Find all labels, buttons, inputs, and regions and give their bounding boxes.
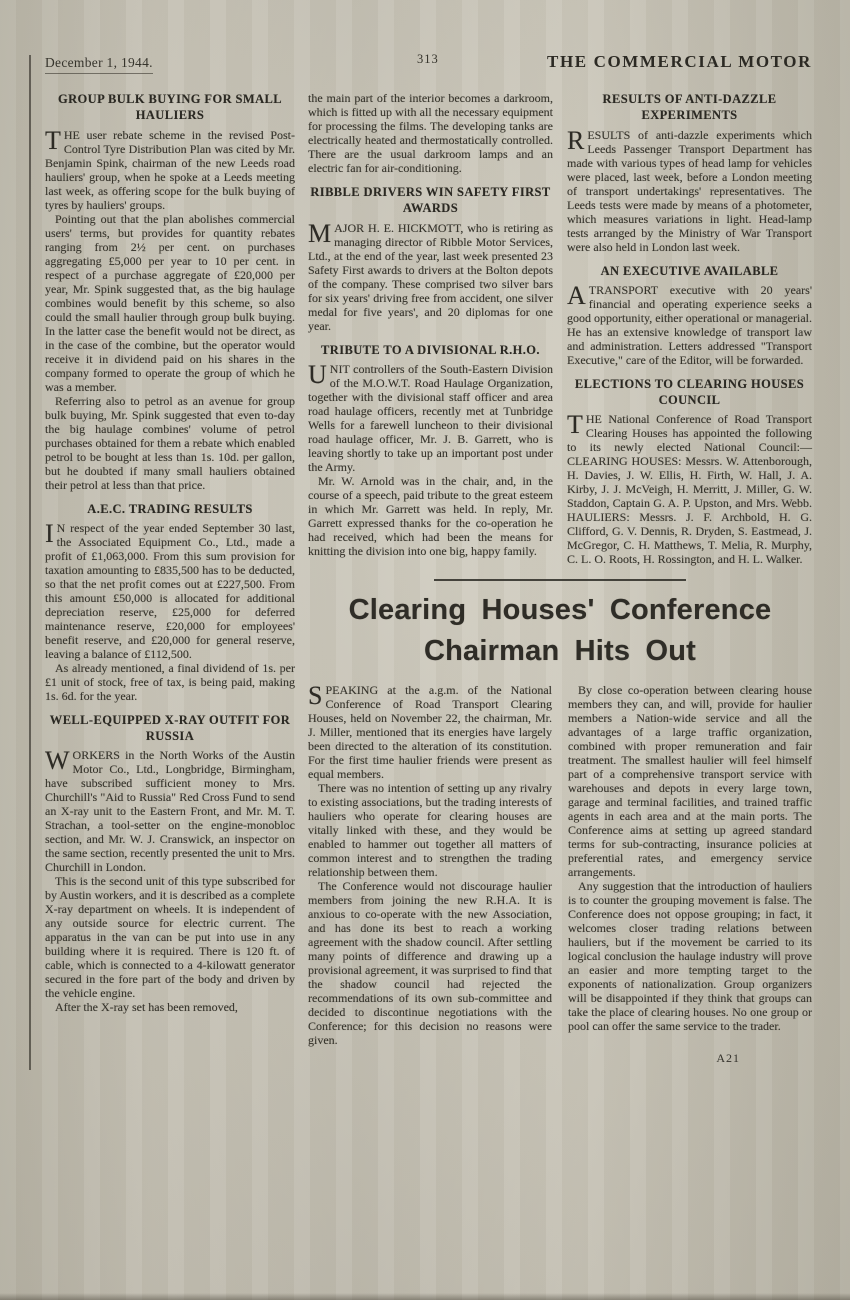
lead-paragraph: THE National Conference of Road Transpor… xyxy=(567,412,812,566)
page-signature-mark: A21 xyxy=(568,1051,812,1066)
continuation-paragraph: the main part of the interior becomes a … xyxy=(308,91,553,175)
left-border-line xyxy=(29,55,31,1070)
paragraph-text: AJOR H. E. HICKMOTT, who is retiring as … xyxy=(308,221,553,333)
drop-cap: S xyxy=(308,683,325,708)
paragraph-text: ESULTS of anti-dazzle experiments which … xyxy=(567,128,812,254)
page-content: GROUP BULK BUYING FOR SMALL HAULIERS THE… xyxy=(45,91,812,1066)
paragraph: After the X-ray set has been removed, xyxy=(45,1000,295,1014)
page-number: 313 xyxy=(417,52,439,67)
issue-date: December 1, 1944. xyxy=(45,55,153,74)
paragraph: Mr. W. Arnold was in the chair, and, in … xyxy=(308,474,553,558)
lead-paragraph: WORKERS in the North Works of the Austin… xyxy=(45,748,295,874)
drop-cap: R xyxy=(567,128,587,153)
headline-line-1: Clearing Houses' Conference xyxy=(349,594,772,626)
feature-columns: SPEAKING at the a.g.m. of the National C… xyxy=(308,683,812,1066)
paragraph: As already mentioned, a final dividend o… xyxy=(45,661,295,703)
article-title: A.E.C. TRADING RESULTS xyxy=(45,501,295,517)
paragraph-text: ORKERS in the North Works of the Austin … xyxy=(45,748,295,874)
paragraph: Pointing out that the plan abolishes com… xyxy=(45,212,295,394)
drop-cap: I xyxy=(45,521,57,546)
article-title: AN EXECUTIVE AVAILABLE xyxy=(567,263,812,279)
article-aec-trading-results: A.E.C. TRADING RESULTS IN respect of the… xyxy=(45,501,295,703)
feature-headline: Clearing Houses' ConferenceChairman Hits… xyxy=(308,590,812,671)
paragraph: Any suggestion that the introduction of … xyxy=(568,879,812,1033)
paragraph-text: HE National Conference of Road Transport… xyxy=(567,412,812,566)
article-anti-dazzle-experiments: RESULTS OF ANTI-DAZZLE EXPERIMENTS RESUL… xyxy=(567,91,812,254)
paragraph-text: PEAKING at the a.g.m. of the National Co… xyxy=(308,683,552,781)
article-title: ELECTIONS TO CLEARING HOUSES COUNCIL xyxy=(567,376,812,409)
article-title: WELL-EQUIPPED X-RAY OUTFIT FOR RUSSIA xyxy=(45,712,295,745)
top-columns: the main part of the interior becomes a … xyxy=(308,91,812,566)
paragraph: This is the second unit of this type sub… xyxy=(45,874,295,1000)
article-group-bulk-buying: GROUP BULK BUYING FOR SMALL HAULIERS THE… xyxy=(45,91,295,492)
right-region: the main part of the interior becomes a … xyxy=(308,91,812,1066)
lead-paragraph: UNIT controllers of the South-Eastern Di… xyxy=(308,362,553,474)
article-tribute-divisional-rho: TRIBUTE TO A DIVISIONAL R.H.O. UNIT cont… xyxy=(308,342,553,558)
drop-cap: U xyxy=(308,362,330,387)
lead-paragraph: SPEAKING at the a.g.m. of the National C… xyxy=(308,683,552,781)
magazine-page: December 1, 1944. 313 THE COMMERCIAL MOT… xyxy=(0,0,850,1300)
article-clearing-houses-elections: ELECTIONS TO CLEARING HOUSES COUNCIL THE… xyxy=(567,376,812,567)
lead-paragraph: IN respect of the year ended September 3… xyxy=(45,521,295,661)
lead-paragraph: RESULTS of anti-dazzle experiments which… xyxy=(567,128,812,254)
article-executive-available: AN EXECUTIVE AVAILABLE ATRANSPORT execut… xyxy=(567,263,812,367)
lead-paragraph: MAJOR H. E. HICKMOTT, who is retiring as… xyxy=(308,221,553,333)
section-divider xyxy=(434,579,686,581)
page-header: December 1, 1944. 313 THE COMMERCIAL MOT… xyxy=(45,52,812,74)
headline-line-2: Chairman Hits Out xyxy=(424,635,696,667)
article-title: TRIBUTE TO A DIVISIONAL R.H.O. xyxy=(308,342,553,358)
paragraph-text: N respect of the year ended September 30… xyxy=(45,521,295,661)
drop-cap: T xyxy=(45,128,64,153)
drop-cap: M xyxy=(308,221,334,246)
masthead-title: THE COMMERCIAL MOTOR xyxy=(547,52,812,72)
paragraph: Referring also to petrol as an avenue fo… xyxy=(45,394,295,492)
column-3: RESULTS OF ANTI-DAZZLE EXPERIMENTS RESUL… xyxy=(567,91,812,566)
paragraph: There was no intention of setting up any… xyxy=(308,781,552,879)
lead-paragraph: ATRANSPORT executive with 20 years' fina… xyxy=(567,283,812,367)
article-title: GROUP BULK BUYING FOR SMALL HAULIERS xyxy=(45,91,295,124)
column-2: the main part of the interior becomes a … xyxy=(308,91,553,566)
lead-paragraph: THE user rebate scheme in the revised Po… xyxy=(45,128,295,212)
paragraph: By close co-operation between clearing h… xyxy=(568,683,812,879)
paragraph-text: NIT controllers of the South-Eastern Div… xyxy=(308,362,553,474)
drop-cap: W xyxy=(45,748,73,773)
article-ribble-safety-awards: RIBBLE DRIVERS WIN SAFETY FIRST AWARDS M… xyxy=(308,184,553,333)
feature-column-left: SPEAKING at the a.g.m. of the National C… xyxy=(308,683,552,1066)
drop-cap: T xyxy=(567,412,586,437)
article-title: RIBBLE DRIVERS WIN SAFETY FIRST AWARDS xyxy=(308,184,553,217)
paragraph-text: HE user rebate scheme in the revised Pos… xyxy=(45,128,295,212)
article-title: RESULTS OF ANTI-DAZZLE EXPERIMENTS xyxy=(567,91,812,124)
paragraph-text: TRANSPORT executive with 20 years' finan… xyxy=(567,283,812,367)
article-xray-outfit-russia: WELL-EQUIPPED X-RAY OUTFIT FOR RUSSIA WO… xyxy=(45,712,295,1015)
paragraph: The Conference would not discourage haul… xyxy=(308,879,552,1047)
column-1: GROUP BULK BUYING FOR SMALL HAULIERS THE… xyxy=(45,91,295,1066)
drop-cap: A xyxy=(567,283,589,308)
feature-column-right: By close co-operation between clearing h… xyxy=(568,683,812,1066)
